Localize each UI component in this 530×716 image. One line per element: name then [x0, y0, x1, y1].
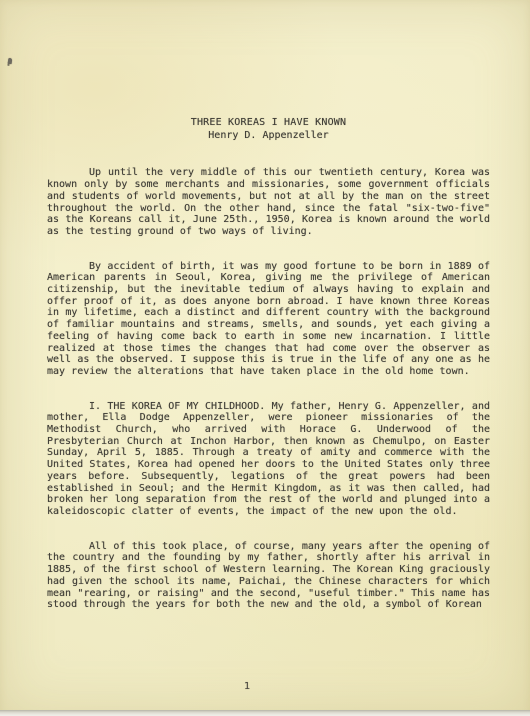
page-number: 1 [197, 681, 297, 692]
scan-edge [0, 710, 530, 716]
paragraph-birth: By accident of birth, it was my good for… [47, 261, 490, 378]
paragraph-paichai-school: All of this took place, of course, many … [47, 541, 490, 611]
pen-mark-icon [8, 58, 13, 64]
document-author: Henry D. Appenzeller [47, 130, 490, 142]
paragraph-korea-of-childhood: I. THE KOREA OF MY CHILDHOOD. My father,… [47, 401, 490, 518]
title-block: THREE KOREAS I HAVE KNOWN Henry D. Appen… [47, 117, 490, 141]
document-body: THREE KOREAS I HAVE KNOWN Henry D. Appen… [47, 117, 490, 611]
paragraph-introduction: Up until the very middle of this our twe… [47, 167, 490, 237]
document-title: THREE KOREAS I HAVE KNOWN [47, 117, 490, 129]
document-page: THREE KOREAS I HAVE KNOWN Henry D. Appen… [0, 0, 530, 716]
